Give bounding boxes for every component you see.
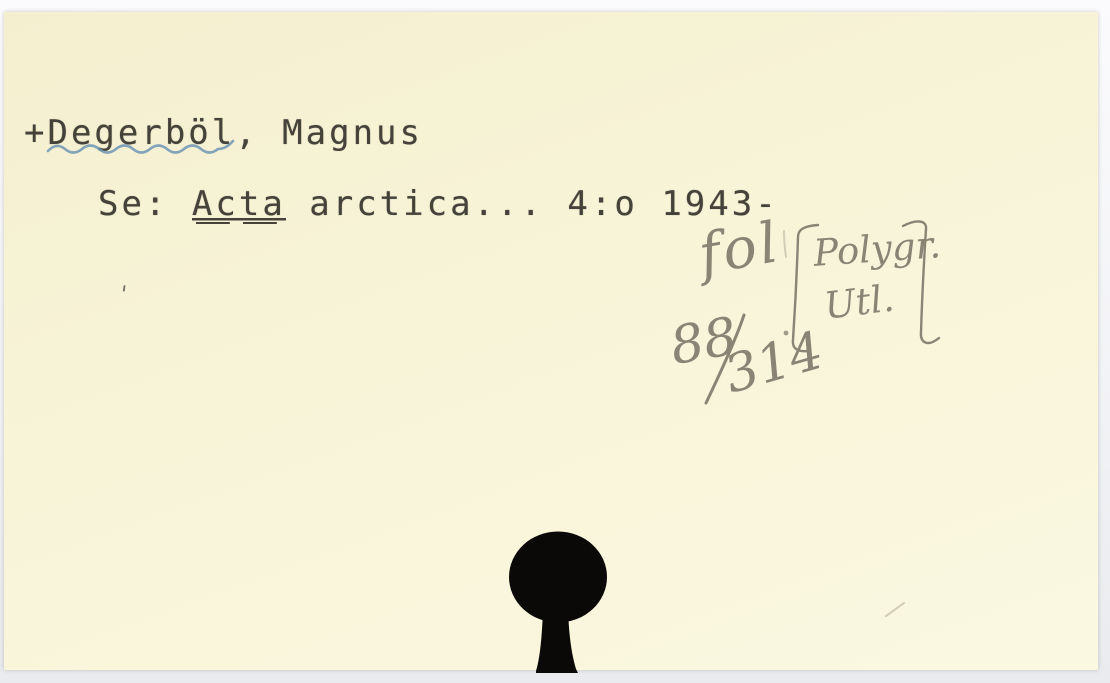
see-reference-line: Se: Acta arctica... 4:o 1943- bbox=[98, 184, 779, 224]
stray-pencil-mark: ' bbox=[119, 282, 128, 308]
scanned-catalog-card-page: +Degerböl, Magnus Se: Acta arctica... 4:… bbox=[0, 0, 1110, 683]
see-reference-underlined-part-2: ta bbox=[239, 184, 286, 224]
catalog-card: +Degerböl, Magnus Se: Acta arctica... 4:… bbox=[4, 12, 1098, 670]
handwritten-bracket-note-line1: Polygr. bbox=[812, 223, 942, 275]
heading-author-line: +Degerböl, Magnus bbox=[24, 113, 423, 153]
see-reference-rest: arctica... 4:o 1943- bbox=[286, 184, 779, 224]
see-reference-underlined-part-1: Ac bbox=[192, 184, 239, 224]
handwritten-format-note: fol bbox=[694, 210, 785, 288]
handwritten-bracket-note-line2: Utl. bbox=[822, 277, 896, 328]
see-reference-prefix: Se: bbox=[98, 184, 192, 224]
